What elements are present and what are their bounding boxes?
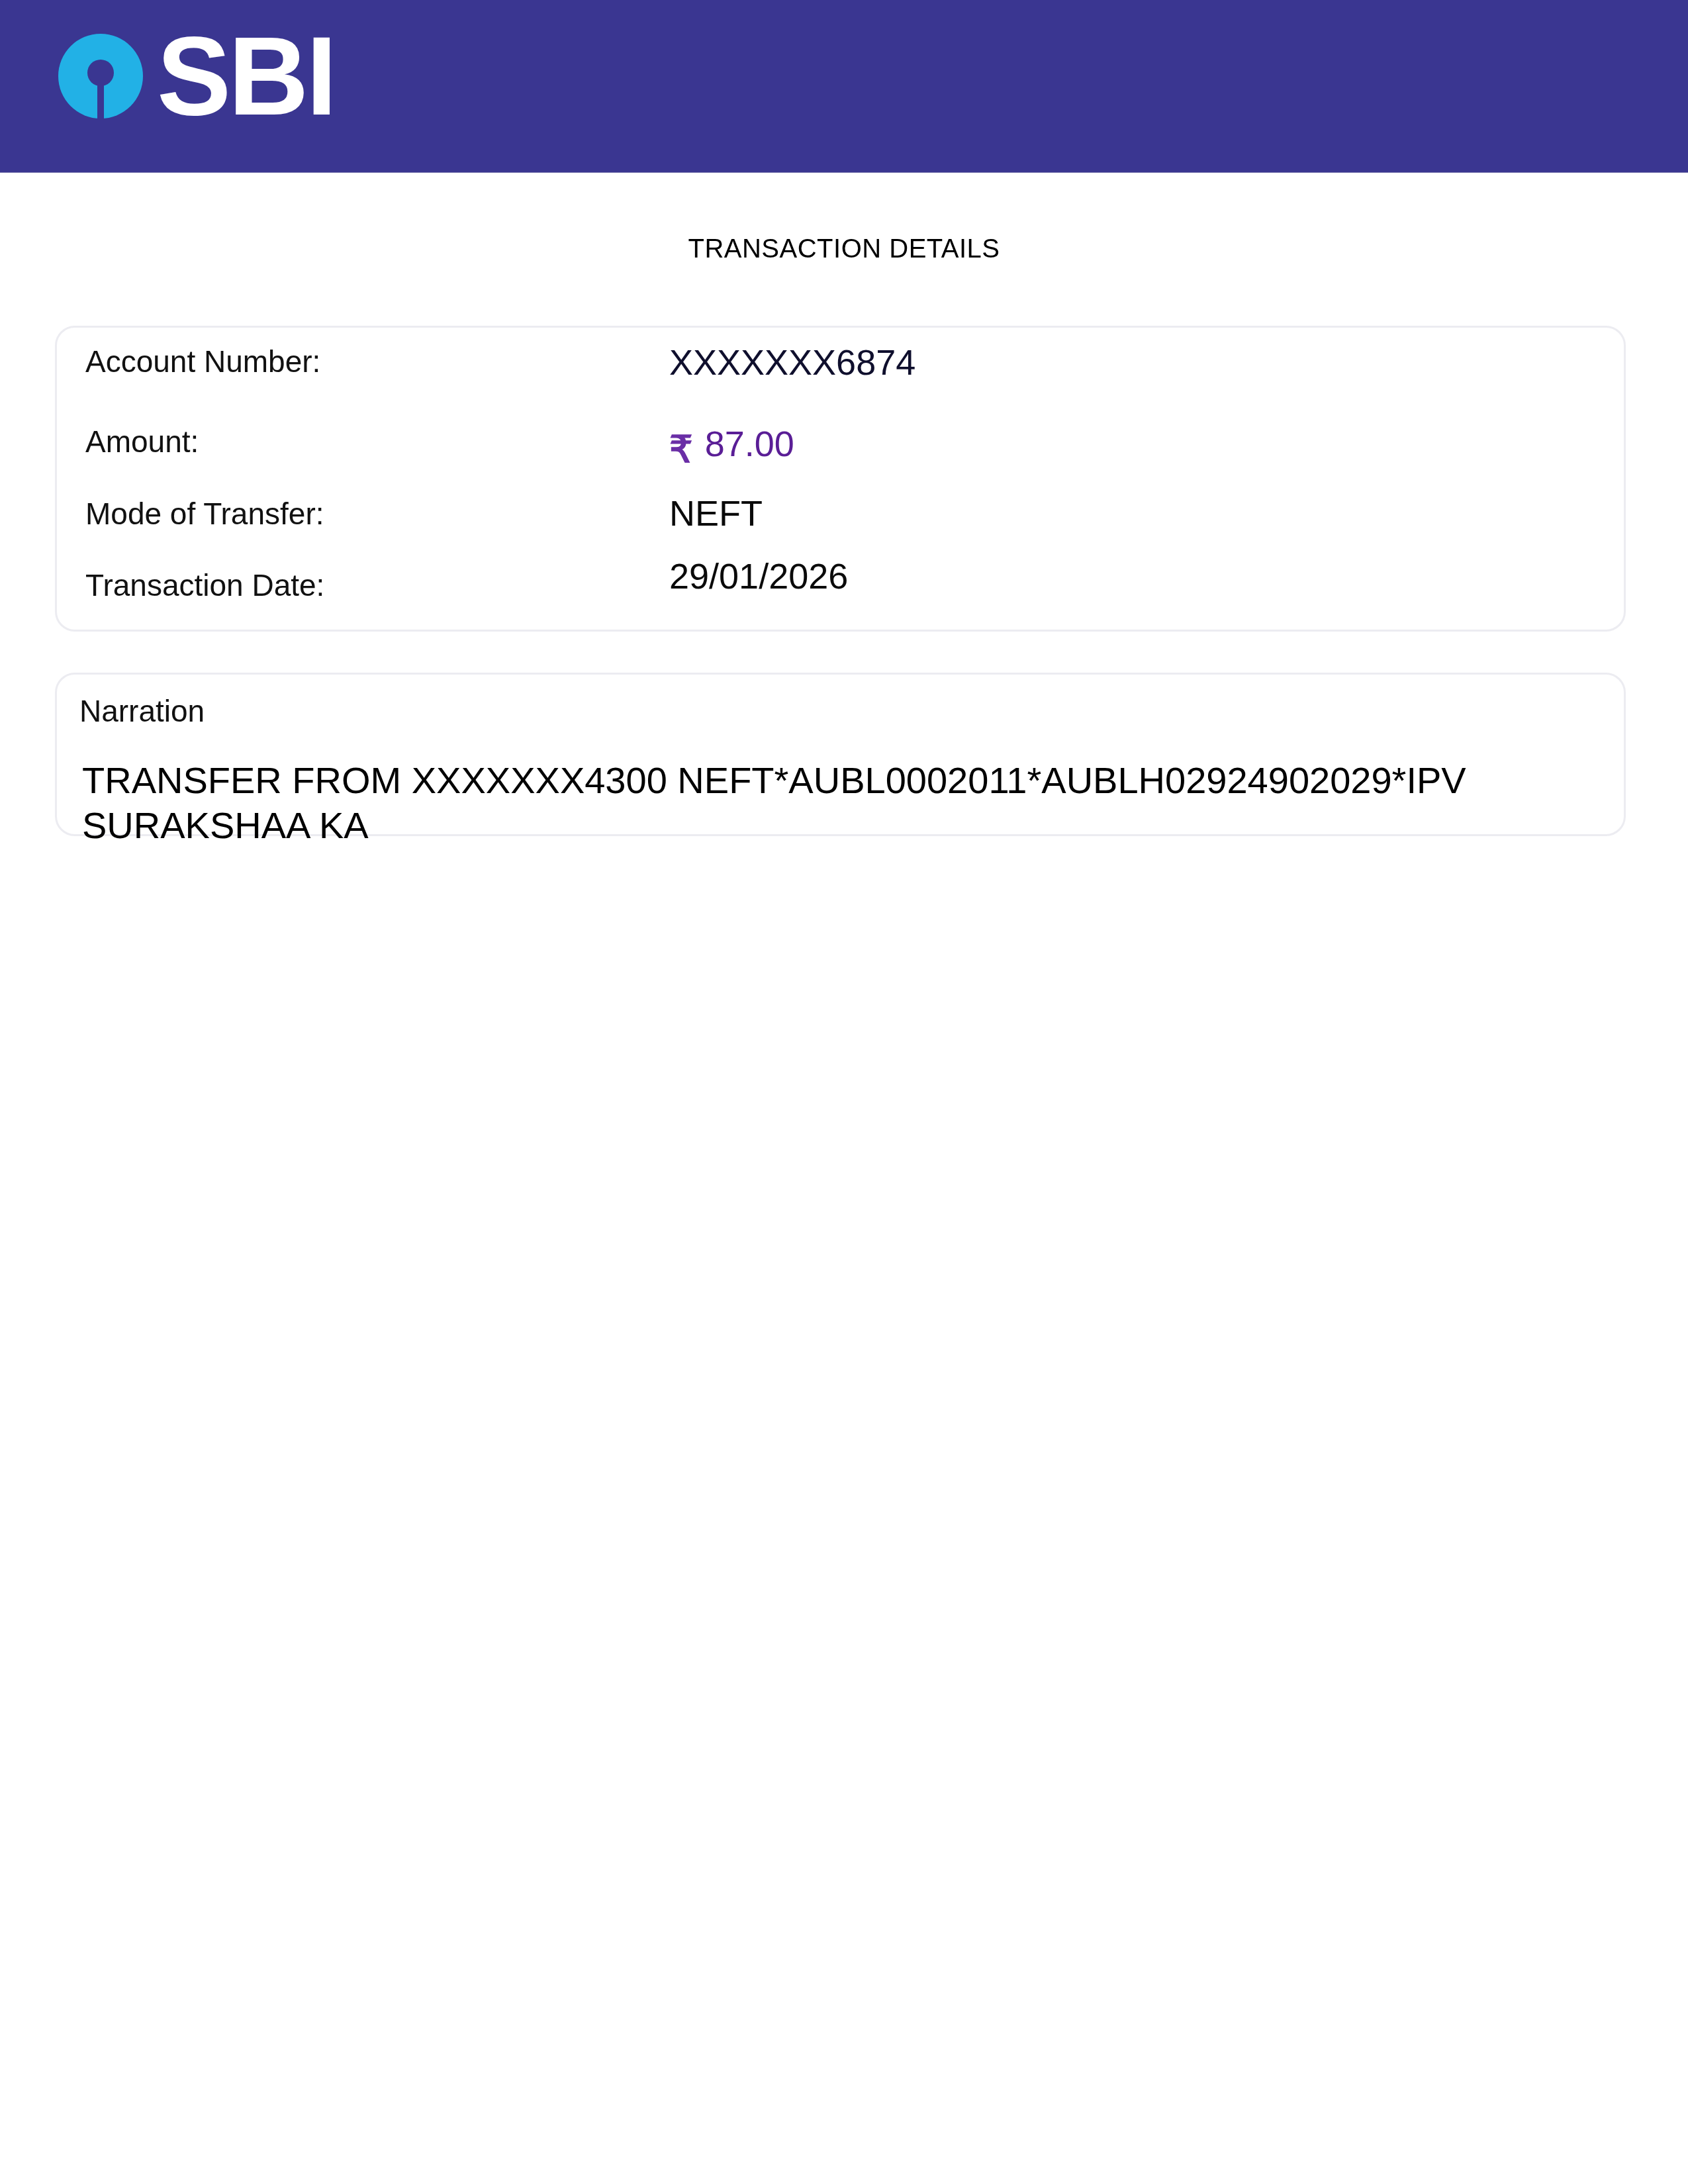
rupee-icon: ₹: [669, 428, 693, 471]
sbi-keyhole-icon: [58, 33, 144, 119]
logo-text: SBI: [157, 33, 334, 119]
account-number-value: XXXXXXX6874: [669, 342, 915, 383]
narration-text: TRANSFER FROM XXXXXXX4300 NEFT*AUBL00020…: [82, 758, 1605, 848]
page-title: TRANSACTION DETAILS: [0, 234, 1688, 264]
mode-of-transfer-label: Mode of Transfer:: [85, 496, 324, 532]
transaction-date-label: Transaction Date:: [85, 567, 324, 603]
mode-of-transfer-value: NEFT: [669, 493, 763, 534]
narration-label: Narration: [79, 693, 205, 729]
transaction-date-value: 29/01/2026: [669, 556, 848, 597]
amount-label: Amount:: [85, 424, 199, 459]
header-bar: SBI: [0, 0, 1688, 173]
amount-number: 87.00: [705, 424, 794, 465]
account-number-label: Account Number:: [85, 344, 320, 379]
transaction-details-card: Account Number: XXXXXXX6874 Amount: ₹ 87…: [55, 326, 1626, 632]
amount-value: ₹ 87.00: [669, 422, 794, 466]
sbi-logo: SBI: [58, 33, 334, 119]
narration-card: Narration TRANSFER FROM XXXXXXX4300 NEFT…: [55, 673, 1626, 836]
